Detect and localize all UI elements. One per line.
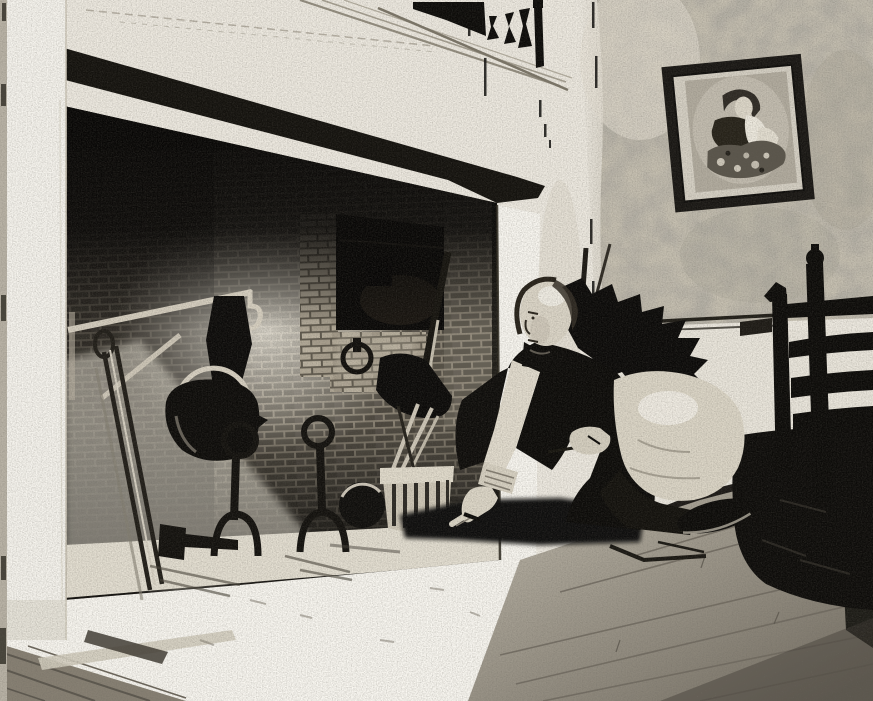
photo [0, 0, 873, 701]
halftone-grain [0, 0, 873, 701]
